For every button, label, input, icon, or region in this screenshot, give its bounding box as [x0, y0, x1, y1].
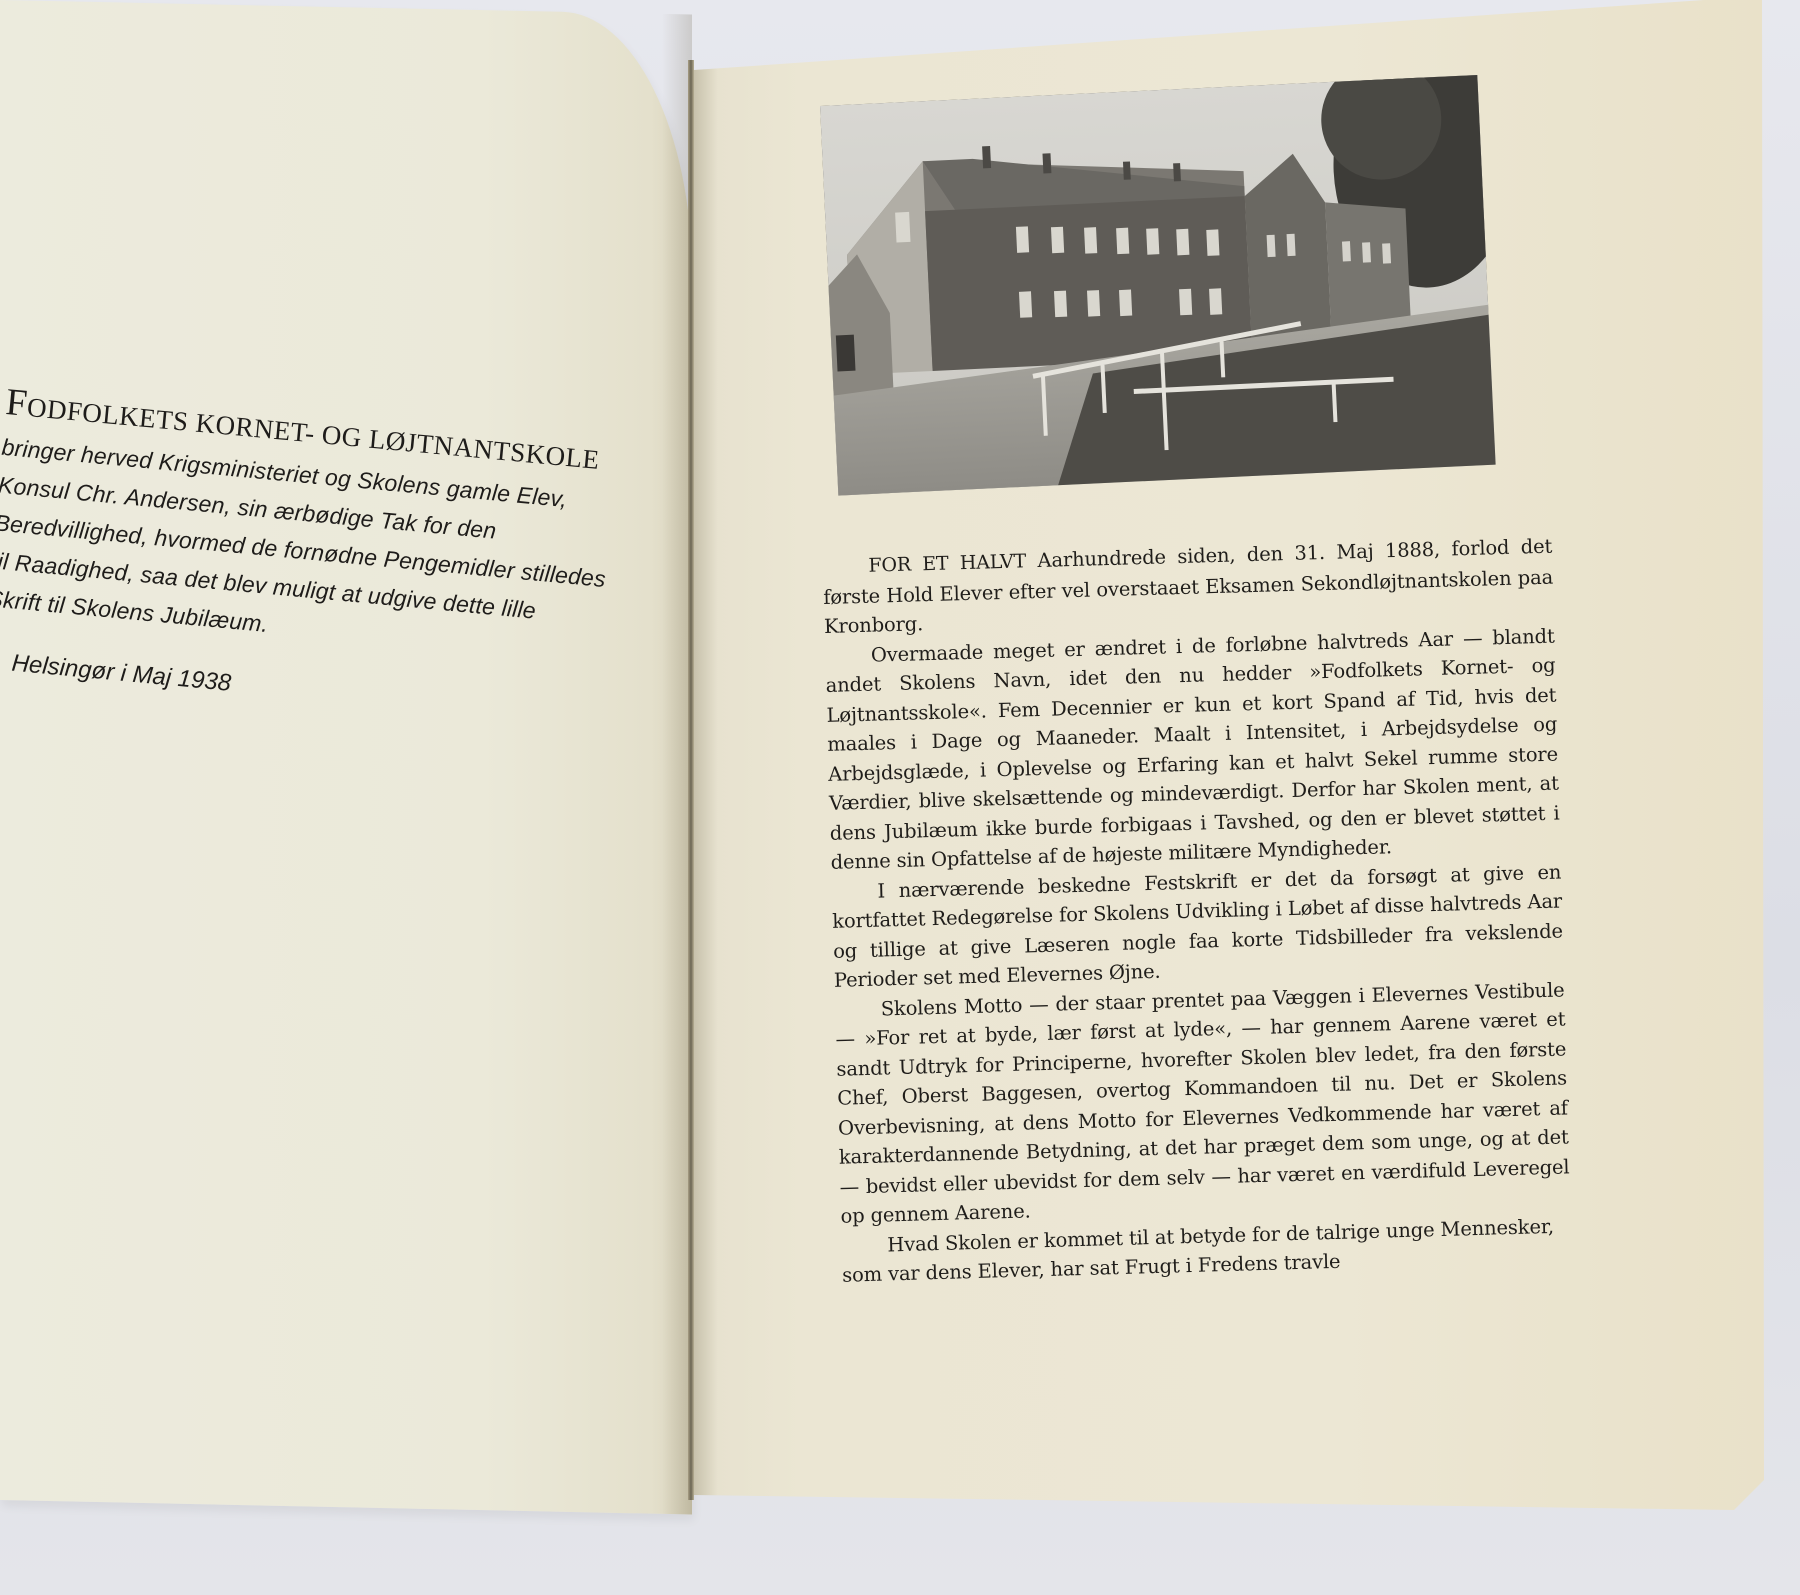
- left-page: [0, 0, 692, 1514]
- paragraph: I nærværende beskedne Festskrift er det …: [831, 857, 1564, 995]
- school-building-photo: [820, 75, 1496, 496]
- paragraph-text: Aarhundrede siden, den 31. Maj 1888, for…: [823, 535, 1553, 638]
- building-photo-illustration: [820, 75, 1496, 496]
- paragraph: Overmaade meget er ændret i de forløbne …: [824, 621, 1560, 877]
- body-text: FOR ET HALVT Aarhundrede siden, den 31. …: [822, 532, 1572, 1291]
- book-spine: [688, 60, 694, 1500]
- paragraph-text: I nærværende beskedne Festskrift er det …: [832, 860, 1563, 992]
- paragraph-text: Skolens Motto — der staar prentet paa Væ…: [835, 978, 1569, 1228]
- paragraph-lead-caps: FOR ET HALVT: [868, 550, 1026, 576]
- paragraph: Skolens Motto — der staar prentet paa Væ…: [834, 975, 1570, 1231]
- paragraph-text: Overmaade meget er ændret i de forløbne …: [825, 624, 1559, 874]
- dedication-block: FODFOLKETS KORNET- OG LØJTNANTSKOLE brin…: [0, 380, 605, 730]
